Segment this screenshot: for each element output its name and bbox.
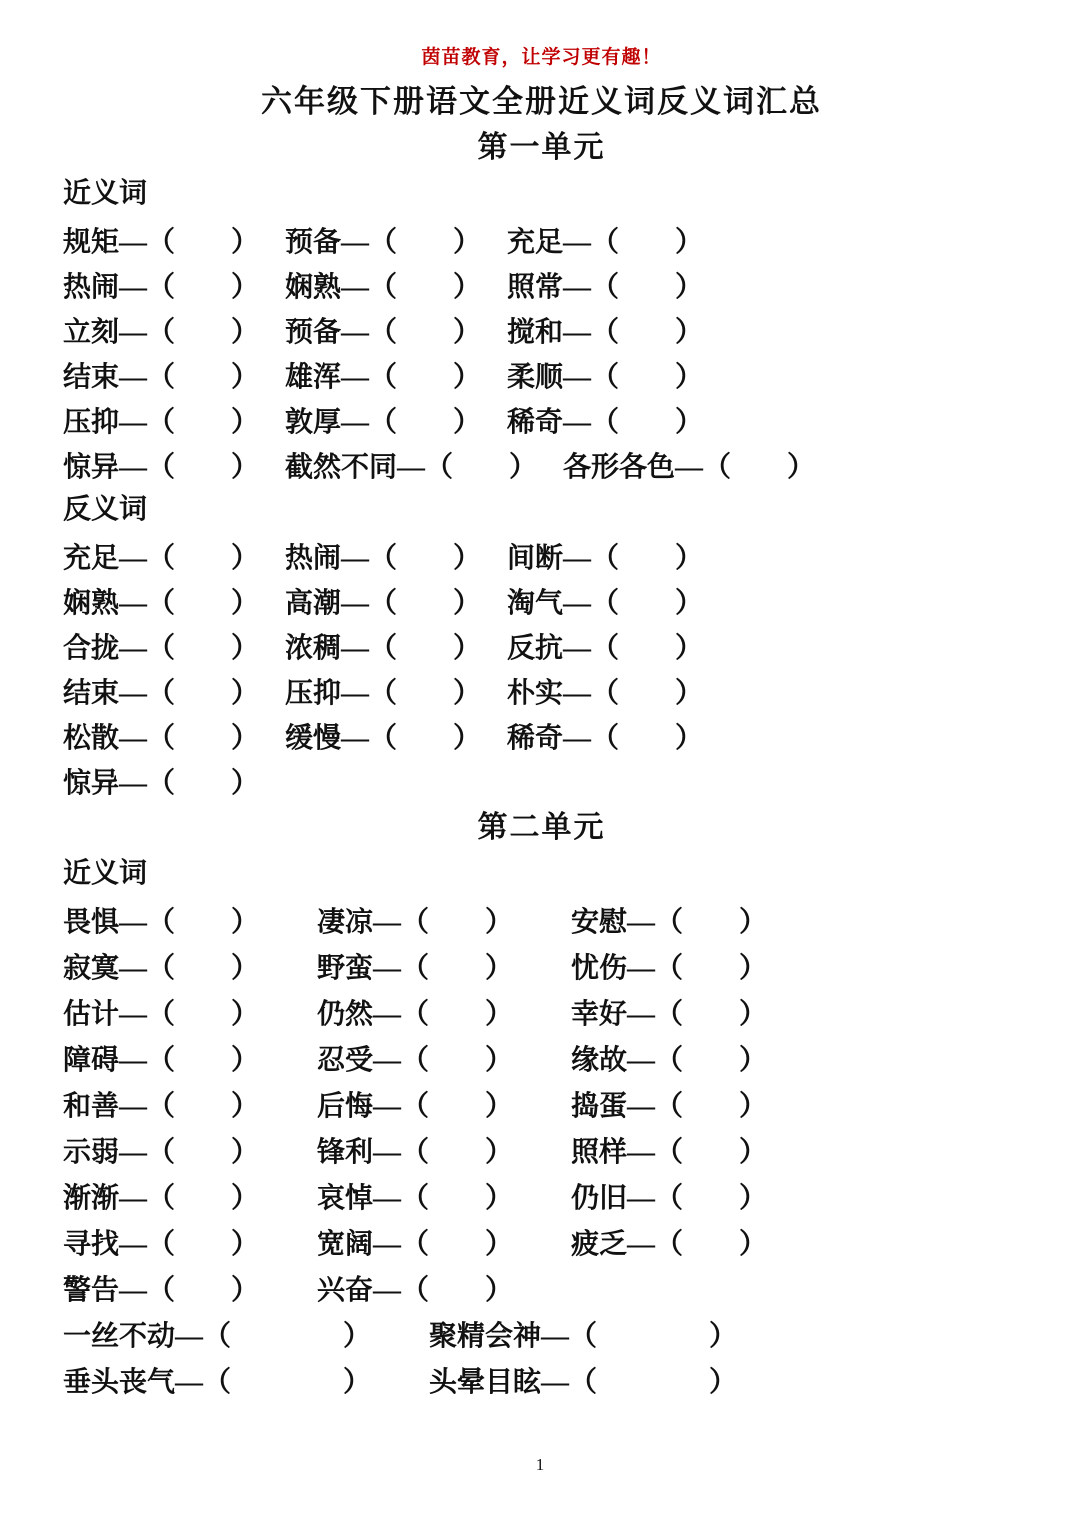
word-row: 结束—（ ）雄浑—（ ）柔顺—（ ） [63, 352, 1020, 397]
page-number: 1 [0, 1455, 1080, 1475]
word-row: 结束—（ ）压抑—（ ）朴实—（ ） [63, 668, 1020, 713]
word-blank-item: 幸好—（ ） [571, 992, 767, 1032]
word-row: 畏惧—（ ）凄凉—（ ）安慰—（ ） [63, 897, 1020, 943]
word-blank-item: 捣蛋—（ ） [571, 1084, 767, 1124]
word-blank-item: 各形各色—（ ） [563, 445, 815, 485]
word-blank-item: 和善—（ ） [63, 1084, 259, 1124]
word-row: 压抑—（ ）敦厚—（ ）稀奇—（ ） [63, 397, 1020, 442]
word-row: 娴熟—（ ）高潮—（ ）淘气—（ ） [63, 578, 1020, 623]
word-blank-item: 示弱—（ ） [63, 1130, 259, 1170]
word-blank-item: 规矩—（ ） [63, 220, 259, 260]
word-blank-item: 雄浑—（ ） [285, 355, 481, 395]
word-blank-item: 压抑—（ ） [63, 400, 259, 440]
word-row: 惊异—（ ）截然不同—（ ）各形各色—（ ） [63, 442, 1020, 487]
word-blank-item: 缓慢—（ ） [285, 716, 481, 756]
word-blank-item: 淘气—（ ） [507, 581, 703, 621]
word-row: 警告—（ ）兴奋—（ ） [63, 1265, 1020, 1311]
word-blank-item: 缘故—（ ） [571, 1038, 767, 1078]
word-blank-item: 垂头丧气—（ ） [63, 1360, 371, 1400]
word-blank-item: 聚精会神—（ ） [429, 1314, 737, 1354]
word-blank-item: 反抗—（ ） [507, 626, 703, 666]
word-blank-item: 宽阔—（ ） [317, 1222, 513, 1262]
word-blank-item: 搅和—（ ） [507, 310, 703, 350]
word-blank-item: 一丝不动—（ ） [63, 1314, 371, 1354]
word-blank-item: 娴熟—（ ） [285, 265, 481, 305]
word-blank-item: 热闹—（ ） [285, 536, 481, 576]
word-blank-item: 警告—（ ） [63, 1268, 259, 1308]
word-row: 垂头丧气—（ ）头晕目眩—（ ） [63, 1357, 1020, 1403]
word-blank-item: 忧伤—（ ） [571, 946, 767, 986]
unit-1-heading: 第一单元 [63, 125, 1020, 171]
word-row: 寂寞—（ ）野蛮—（ ）忧伤—（ ） [63, 943, 1020, 989]
word-blank-item: 畏惧—（ ） [63, 900, 259, 940]
word-blank-item: 稀奇—（ ） [507, 400, 703, 440]
word-blank-item: 朴实—（ ） [507, 671, 703, 711]
unit-1-section: 第一单元 近义词 规矩—（ ）预备—（ ）充足—（ ）热闹—（ ）娴熟—（ ）照… [63, 125, 1020, 803]
word-blank-item: 仍然—（ ） [317, 992, 513, 1032]
unit-1-synonyms-label: 近义词 [63, 171, 1020, 217]
word-blank-item: 敦厚—（ ） [285, 400, 481, 440]
word-blank-item: 锋利—（ ） [317, 1130, 513, 1170]
word-blank-item: 野蛮—（ ） [317, 946, 513, 986]
word-blank-item: 间断—（ ） [507, 536, 703, 576]
word-blank-item: 安慰—（ ） [571, 900, 767, 940]
word-row: 松散—（ ）缓慢—（ ）稀奇—（ ） [63, 713, 1020, 758]
word-blank-item: 照常—（ ） [507, 265, 703, 305]
word-blank-item: 高潮—（ ） [285, 581, 481, 621]
worksheet-page: 茵苗教育，让学习更有趣！ 六年级下册语文全册近义词反义词汇总 第一单元 近义词 … [0, 0, 1080, 1527]
word-row: 渐渐—（ ）哀悼—（ ）仍旧—（ ） [63, 1173, 1020, 1219]
header-slogan: 茵苗教育，让学习更有趣！ [63, 46, 1020, 69]
word-blank-item: 疲乏—（ ） [571, 1222, 767, 1262]
unit-1-antonyms-label: 反义词 [63, 487, 1020, 533]
word-blank-item: 寂寞—（ ） [63, 946, 259, 986]
word-row: 惊异—（ ） [63, 758, 1020, 803]
word-blank-item: 结束—（ ） [63, 671, 259, 711]
word-blank-item: 仍旧—（ ） [571, 1176, 767, 1216]
word-row: 障碍—（ ）忍受—（ ）缘故—（ ） [63, 1035, 1020, 1081]
word-blank-item: 预备—（ ） [285, 310, 481, 350]
word-row: 规矩—（ ）预备—（ ）充足—（ ） [63, 217, 1020, 262]
word-blank-item: 结束—（ ） [63, 355, 259, 395]
word-blank-item: 渐渐—（ ） [63, 1176, 259, 1216]
word-blank-item: 稀奇—（ ） [507, 716, 703, 756]
word-blank-item: 后悔—（ ） [317, 1084, 513, 1124]
word-blank-item: 估计—（ ） [63, 992, 259, 1032]
word-blank-item: 忍受—（ ） [317, 1038, 513, 1078]
unit-1-synonyms-rows: 规矩—（ ）预备—（ ）充足—（ ）热闹—（ ）娴熟—（ ）照常—（ ）立刻—（… [63, 217, 1020, 487]
word-blank-item: 预备—（ ） [285, 220, 481, 260]
word-blank-item: 兴奋—（ ） [317, 1268, 513, 1308]
word-row: 寻找—（ ）宽阔—（ ）疲乏—（ ） [63, 1219, 1020, 1265]
word-blank-item: 娴熟—（ ） [63, 581, 259, 621]
word-blank-item: 充足—（ ） [507, 220, 703, 260]
word-blank-item: 照样—（ ） [571, 1130, 767, 1170]
word-row: 和善—（ ）后悔—（ ）捣蛋—（ ） [63, 1081, 1020, 1127]
word-blank-item: 合拢—（ ） [63, 626, 259, 666]
word-blank-item: 松散—（ ） [63, 716, 259, 756]
unit-2-section: 第二单元 近义词 畏惧—（ ）凄凉—（ ）安慰—（ ）寂寞—（ ）野蛮—（ ）忧… [63, 805, 1020, 1403]
word-row: 一丝不动—（ ）聚精会神—（ ） [63, 1311, 1020, 1357]
word-blank-item: 凄凉—（ ） [317, 900, 513, 940]
word-blank-item: 充足—（ ） [63, 536, 259, 576]
word-row: 示弱—（ ）锋利—（ ）照样—（ ） [63, 1127, 1020, 1173]
unit-2-synonyms-rows: 畏惧—（ ）凄凉—（ ）安慰—（ ）寂寞—（ ）野蛮—（ ）忧伤—（ ）估计—（… [63, 897, 1020, 1403]
word-blank-item: 立刻—（ ） [63, 310, 259, 350]
unit-1-antonyms-rows: 充足—（ ）热闹—（ ）间断—（ ）娴熟—（ ）高潮—（ ）淘气—（ ）合拢—（… [63, 533, 1020, 803]
word-blank-item: 头晕目眩—（ ） [429, 1360, 737, 1400]
word-blank-item: 寻找—（ ） [63, 1222, 259, 1262]
word-row: 合拢—（ ）浓稠—（ ）反抗—（ ） [63, 623, 1020, 668]
word-blank-item: 截然不同—（ ） [285, 445, 537, 485]
word-blank-item: 热闹—（ ） [63, 265, 259, 305]
word-blank-item: 柔顺—（ ） [507, 355, 703, 395]
word-blank-item: 哀悼—（ ） [317, 1176, 513, 1216]
word-blank-item: 惊异—（ ） [63, 445, 259, 485]
word-blank-item: 浓稠—（ ） [285, 626, 481, 666]
word-blank-item: 障碍—（ ） [63, 1038, 259, 1078]
word-row: 充足—（ ）热闹—（ ）间断—（ ） [63, 533, 1020, 578]
page-title: 六年级下册语文全册近义词反义词汇总 [63, 81, 1020, 123]
unit-2-synonyms-label: 近义词 [63, 851, 1020, 897]
word-blank-item: 压抑—（ ） [285, 671, 481, 711]
word-row: 热闹—（ ）娴熟—（ ）照常—（ ） [63, 262, 1020, 307]
unit-2-heading: 第二单元 [63, 805, 1020, 851]
word-blank-item: 惊异—（ ） [63, 761, 259, 801]
word-row: 立刻—（ ）预备—（ ）搅和—（ ） [63, 307, 1020, 352]
word-row: 估计—（ ）仍然—（ ）幸好—（ ） [63, 989, 1020, 1035]
